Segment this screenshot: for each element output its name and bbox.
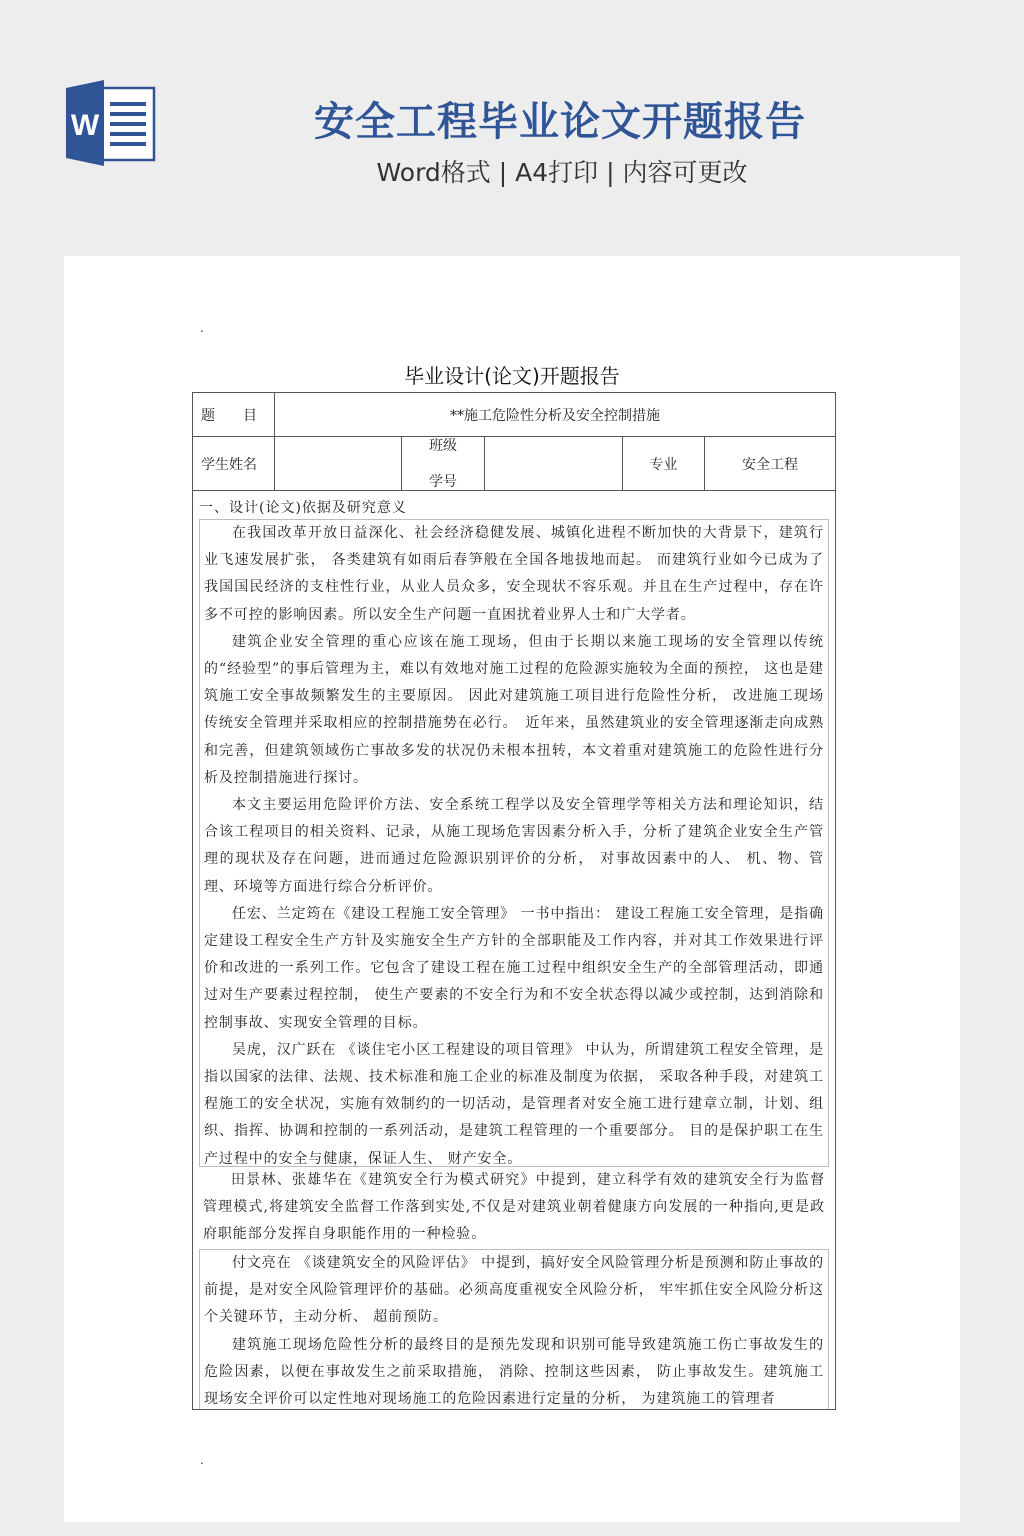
paragraph: 建筑施工现场危险性分析的最终目的是预先发现和识别可能导致建筑施工伤亡事故发生的危… — [200, 1332, 828, 1410]
class-label: 班级 — [429, 428, 457, 464]
paragraph: 本文主要运用危险评价方法、安全系统工程学以及安全管理学等相关方法和理论知识，结合… — [200, 792, 828, 901]
student-id-label: 学号 — [429, 464, 457, 500]
text-block-3[interactable]: 付文亮在 《谈建筑安全的风险评估》 中提到，搞好安全风险管理分析是预测和防止事故… — [199, 1249, 829, 1410]
class-id-label: 班级 学号 — [402, 437, 485, 490]
paragraph-mark: . — [200, 1454, 204, 1466]
paragraph: 付文亮在 《谈建筑安全的风险评估》 中提到，搞好安全风险管理分析是预测和防止事故… — [200, 1250, 828, 1332]
banner-subtitle: Word格式 | A4打印 | 内容可更改 — [262, 153, 862, 189]
document-title: 毕业设计(论文)开题报告 — [64, 360, 960, 389]
student-name-field[interactable] — [275, 437, 402, 490]
major-value[interactable]: 安全工程 — [705, 437, 835, 490]
banner-title: 安全工程毕业论文开题报告 — [240, 90, 880, 147]
topic-label: 题 目 — [193, 393, 275, 436]
class-id-field[interactable] — [485, 437, 623, 490]
topic-value[interactable]: **施工危险性分析及安全控制措施 — [275, 393, 835, 436]
document-page: . 毕业设计(论文)开题报告 题 目 **施工危险性分析及安全控制措施 学生姓名… — [64, 256, 960, 1522]
text-block-2[interactable]: 田景林、张雄华在《建筑安全行为模式研究》中提到，建立科学有效的建筑安全行为监督管… — [199, 1167, 829, 1249]
paragraph: 吴虎，汉广跃在 《谈住宅小区工程建设的项目管理》 中认为，所谓建筑工程安全管理，… — [200, 1037, 828, 1173]
paragraph-mark: . — [200, 322, 204, 334]
svg-text:W: W — [71, 109, 100, 142]
paragraph: 在我国改革开放日益深化、社会经济稳健发展、城镇化进程不断加快的大背景下，建筑行业… — [200, 520, 828, 629]
section-heading: 一、设计(论文)依据及研究意义 — [199, 497, 407, 517]
proposal-form-table: 题 目 **施工危险性分析及安全控制措施 学生姓名 班级 学号 专业 安全工程 … — [192, 392, 836, 1410]
paragraph: 田景林、张雄华在《建筑安全行为模式研究》中提到，建立科学有效的建筑安全行为监督管… — [199, 1167, 829, 1249]
paragraph: 建筑企业安全管理的重心应该在施工现场，但由于长期以来施工现场的安全管理以传统的“… — [200, 629, 828, 792]
paragraph: 任宏、兰定筠在《建设工程施工安全管理》 一书中指出： 建设工程施工安全管理，是指… — [200, 901, 828, 1037]
student-info-row: 学生姓名 班级 学号 专业 安全工程 — [193, 437, 835, 491]
text-block-1[interactable]: 在我国改革开放日益深化、社会经济稳健发展、城镇化进程不断加快的大背景下，建筑行业… — [199, 519, 829, 1167]
major-label: 专业 — [623, 437, 705, 490]
topic-row: 题 目 **施工危险性分析及安全控制措施 — [193, 393, 835, 437]
student-name-label: 学生姓名 — [193, 437, 275, 490]
word-document-icon: W — [64, 80, 156, 166]
